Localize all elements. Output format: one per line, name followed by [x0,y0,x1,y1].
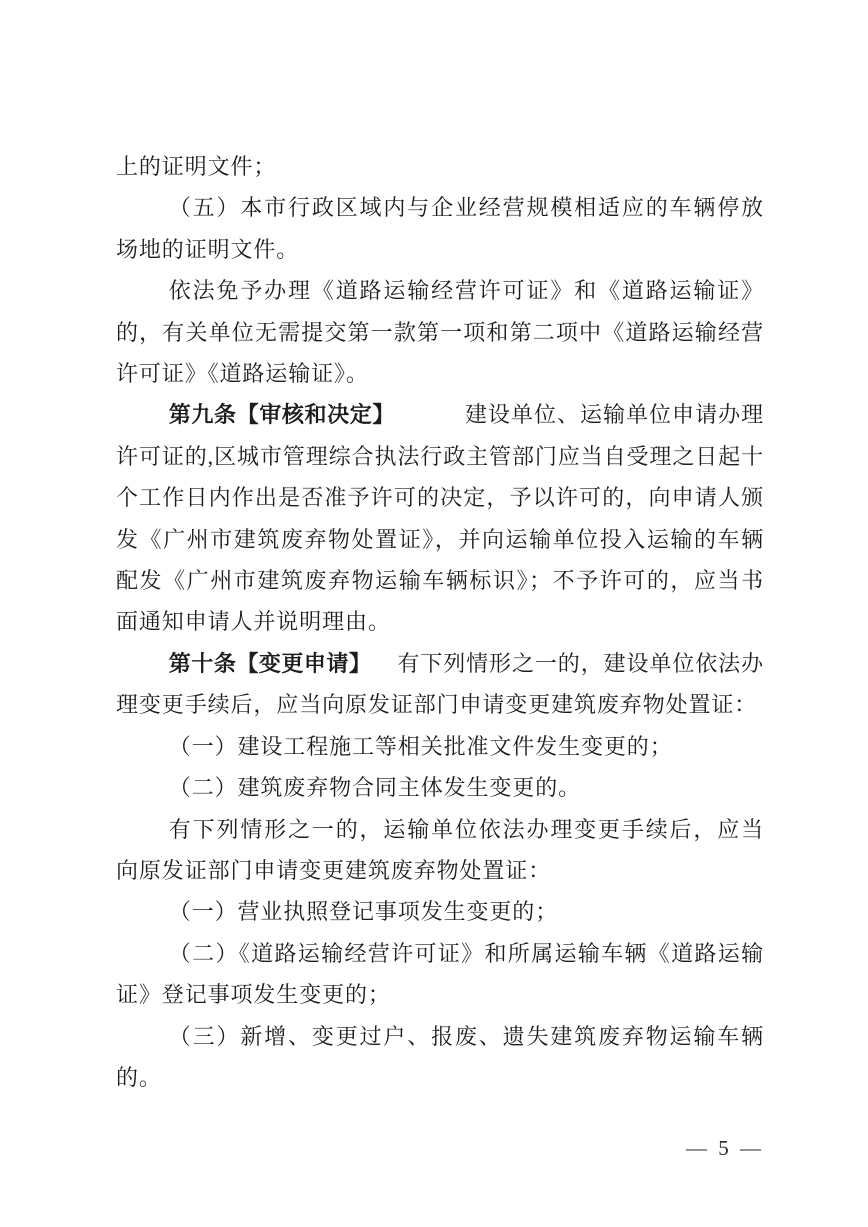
paragraph-text: 依法免予办理《道路运输经营许可证》和《道路运输证》的，有关单位无需提交第一款第一… [116,278,764,386]
article-heading: 第十条【变更申请】 [169,651,372,676]
paragraph-text: （一）营业执照登记事项发生变更的； [169,899,558,924]
paragraph: （二）《道路运输经营许可证》和所属运输车辆《道路运输证》登记事项发生变更的； [116,933,764,1016]
paragraph: 第十条【变更申请】有下列情形之一的，建设单位依法办理变更手续后，应当向原发证部门… [116,643,764,726]
paragraph-text: 建设单位、运输单位申请办理许可证的,区城市管理综合执法行政主管部门应当自受理之日… [116,402,764,634]
paragraph: （五）本市行政区域内与企业经营规模相适应的车辆停放场地的证明文件。 [116,187,764,270]
page-number: — 5 — [686,1136,764,1161]
paragraph: 上的证明文件； [116,146,764,187]
paragraph-text: 有下列情形之一的，运输单位依法办理变更手续后，应当向原发证部门申请变更建筑废弃物… [116,817,764,883]
paragraph-text: 上的证明文件； [116,154,276,179]
paragraph-text: （二）建筑废弃物合同主体发生变更的。 [169,775,581,800]
paragraph-text: （五）本市行政区域内与企业经营规模相适应的车辆停放场地的证明文件。 [116,195,764,261]
paragraph-text: （二）《道路运输经营许可证》和所属运输车辆《道路运输证》登记事项发生变更的； [116,941,764,1007]
paragraph: 第九条【审核和决定】建设单位、运输单位申请办理许可证的,区城市管理综合执法行政主… [116,394,764,642]
paragraph-text: （一）建设工程施工等相关批准文件发生变更的； [169,734,673,759]
paragraph: （一）建设工程施工等相关批准文件发生变更的； [116,726,764,767]
paragraph: 依法免予办理《道路运输经营许可证》和《道路运输证》的，有关单位无需提交第一款第一… [116,270,764,394]
paragraph-text: （三）新增、变更过户、报废、遗失建筑废弃物运输车辆的。 [116,1024,764,1090]
paragraph: 有下列情形之一的，运输单位依法办理变更手续后，应当向原发证部门申请变更建筑废弃物… [116,809,764,892]
document-body: 上的证明文件；（五）本市行政区域内与企业经营规模相适应的车辆停放场地的证明文件。… [116,146,764,1098]
paragraph: （一）营业执照登记事项发生变更的； [116,891,764,932]
article-heading: 第九条【审核和决定】 [169,402,395,427]
document-page: 上的证明文件；（五）本市行政区域内与企业经营规模相适应的车辆停放场地的证明文件。… [0,0,868,1227]
paragraph: （二）建筑废弃物合同主体发生变更的。 [116,767,764,808]
paragraph: （三）新增、变更过户、报废、遗失建筑废弃物运输车辆的。 [116,1016,764,1099]
